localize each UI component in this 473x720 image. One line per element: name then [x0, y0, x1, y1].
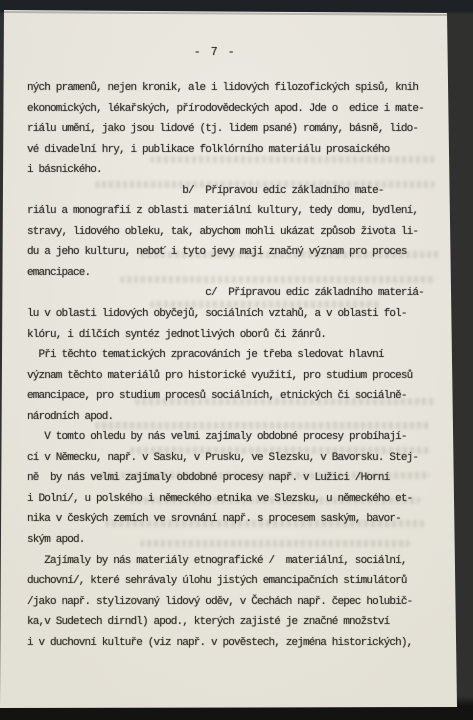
- text-line: du a jeho kulturu, neboť i tyto jevy maj…: [27, 242, 453, 263]
- text-line: lu v oblasti lidových obyčejů, sociálníc…: [27, 304, 453, 325]
- text-line: klóru, i dílčích syntéz jednotlivých obo…: [27, 325, 453, 346]
- text-line: riálu umění, jako jsou lidové (tj. lidem…: [27, 119, 453, 140]
- text-line: riálu a monografií z oblasti materiální …: [27, 201, 453, 222]
- text-line: Zajímaly by nás materiály etnografické /…: [27, 551, 453, 572]
- text-line: b/ Přípravou edic základního mate-: [27, 181, 453, 202]
- text-line: význam těchto materiálů pro historické v…: [27, 366, 453, 387]
- page-number: - 7 -: [0, 46, 430, 59]
- text-line: nika v českých zemích ve srovnání např. …: [27, 509, 453, 530]
- text-line: ně by nás velmi zajímaly obdobné procesy…: [27, 468, 453, 489]
- text-line: ským apod.: [27, 530, 453, 551]
- text-line: i básnického.: [27, 160, 453, 181]
- text-line: i v duchovní kultuře (viz např. v pověst…: [27, 633, 453, 654]
- body-text: ných pramenů, nejen kronik, ale i lidový…: [27, 78, 453, 653]
- text-line: c/ Přípravou edic základního materiá-: [27, 283, 453, 304]
- text-line: emancipace.: [27, 263, 453, 284]
- text-line: ka,v Sudetech dirndl) apod., kterých zaj…: [27, 612, 453, 633]
- text-line: emancipace, pro studium procesů sociální…: [27, 386, 453, 407]
- text-line: Při těchto tematických zpracováních je t…: [27, 345, 453, 366]
- scanned-page-background: - 7 - ných pramenů, nejen kronik, ale i …: [0, 0, 473, 720]
- text-line: národních apod.: [27, 407, 453, 428]
- text-line: cí v Německu, např. v Sasku, v Prusku, v…: [27, 448, 453, 469]
- text-line: ných pramenů, nejen kronik, ale i lidový…: [27, 78, 453, 99]
- text-line: duchovní/, které sehrávaly úlohu jistých…: [27, 571, 453, 592]
- text-line: i Dolní/, u polského i německého etnika …: [27, 489, 453, 510]
- text-line: vé divadelní hry, i publikace folklórníh…: [27, 140, 453, 161]
- text-line: V tomto ohledu by nás velmi zajímaly obd…: [27, 427, 453, 448]
- text-line: ekonomických, lékařských, přírodovědecký…: [27, 99, 453, 120]
- paper-top-edge-shadow: [4, 11, 447, 16]
- text-line: stravy, lidového obleku, tak, abychom mo…: [27, 222, 453, 243]
- text-line: /jako např. stylizovaný lidový oděv, v Č…: [27, 592, 453, 613]
- document-page: - 7 - ných pramenů, nejen kronik, ale i …: [0, 0, 473, 720]
